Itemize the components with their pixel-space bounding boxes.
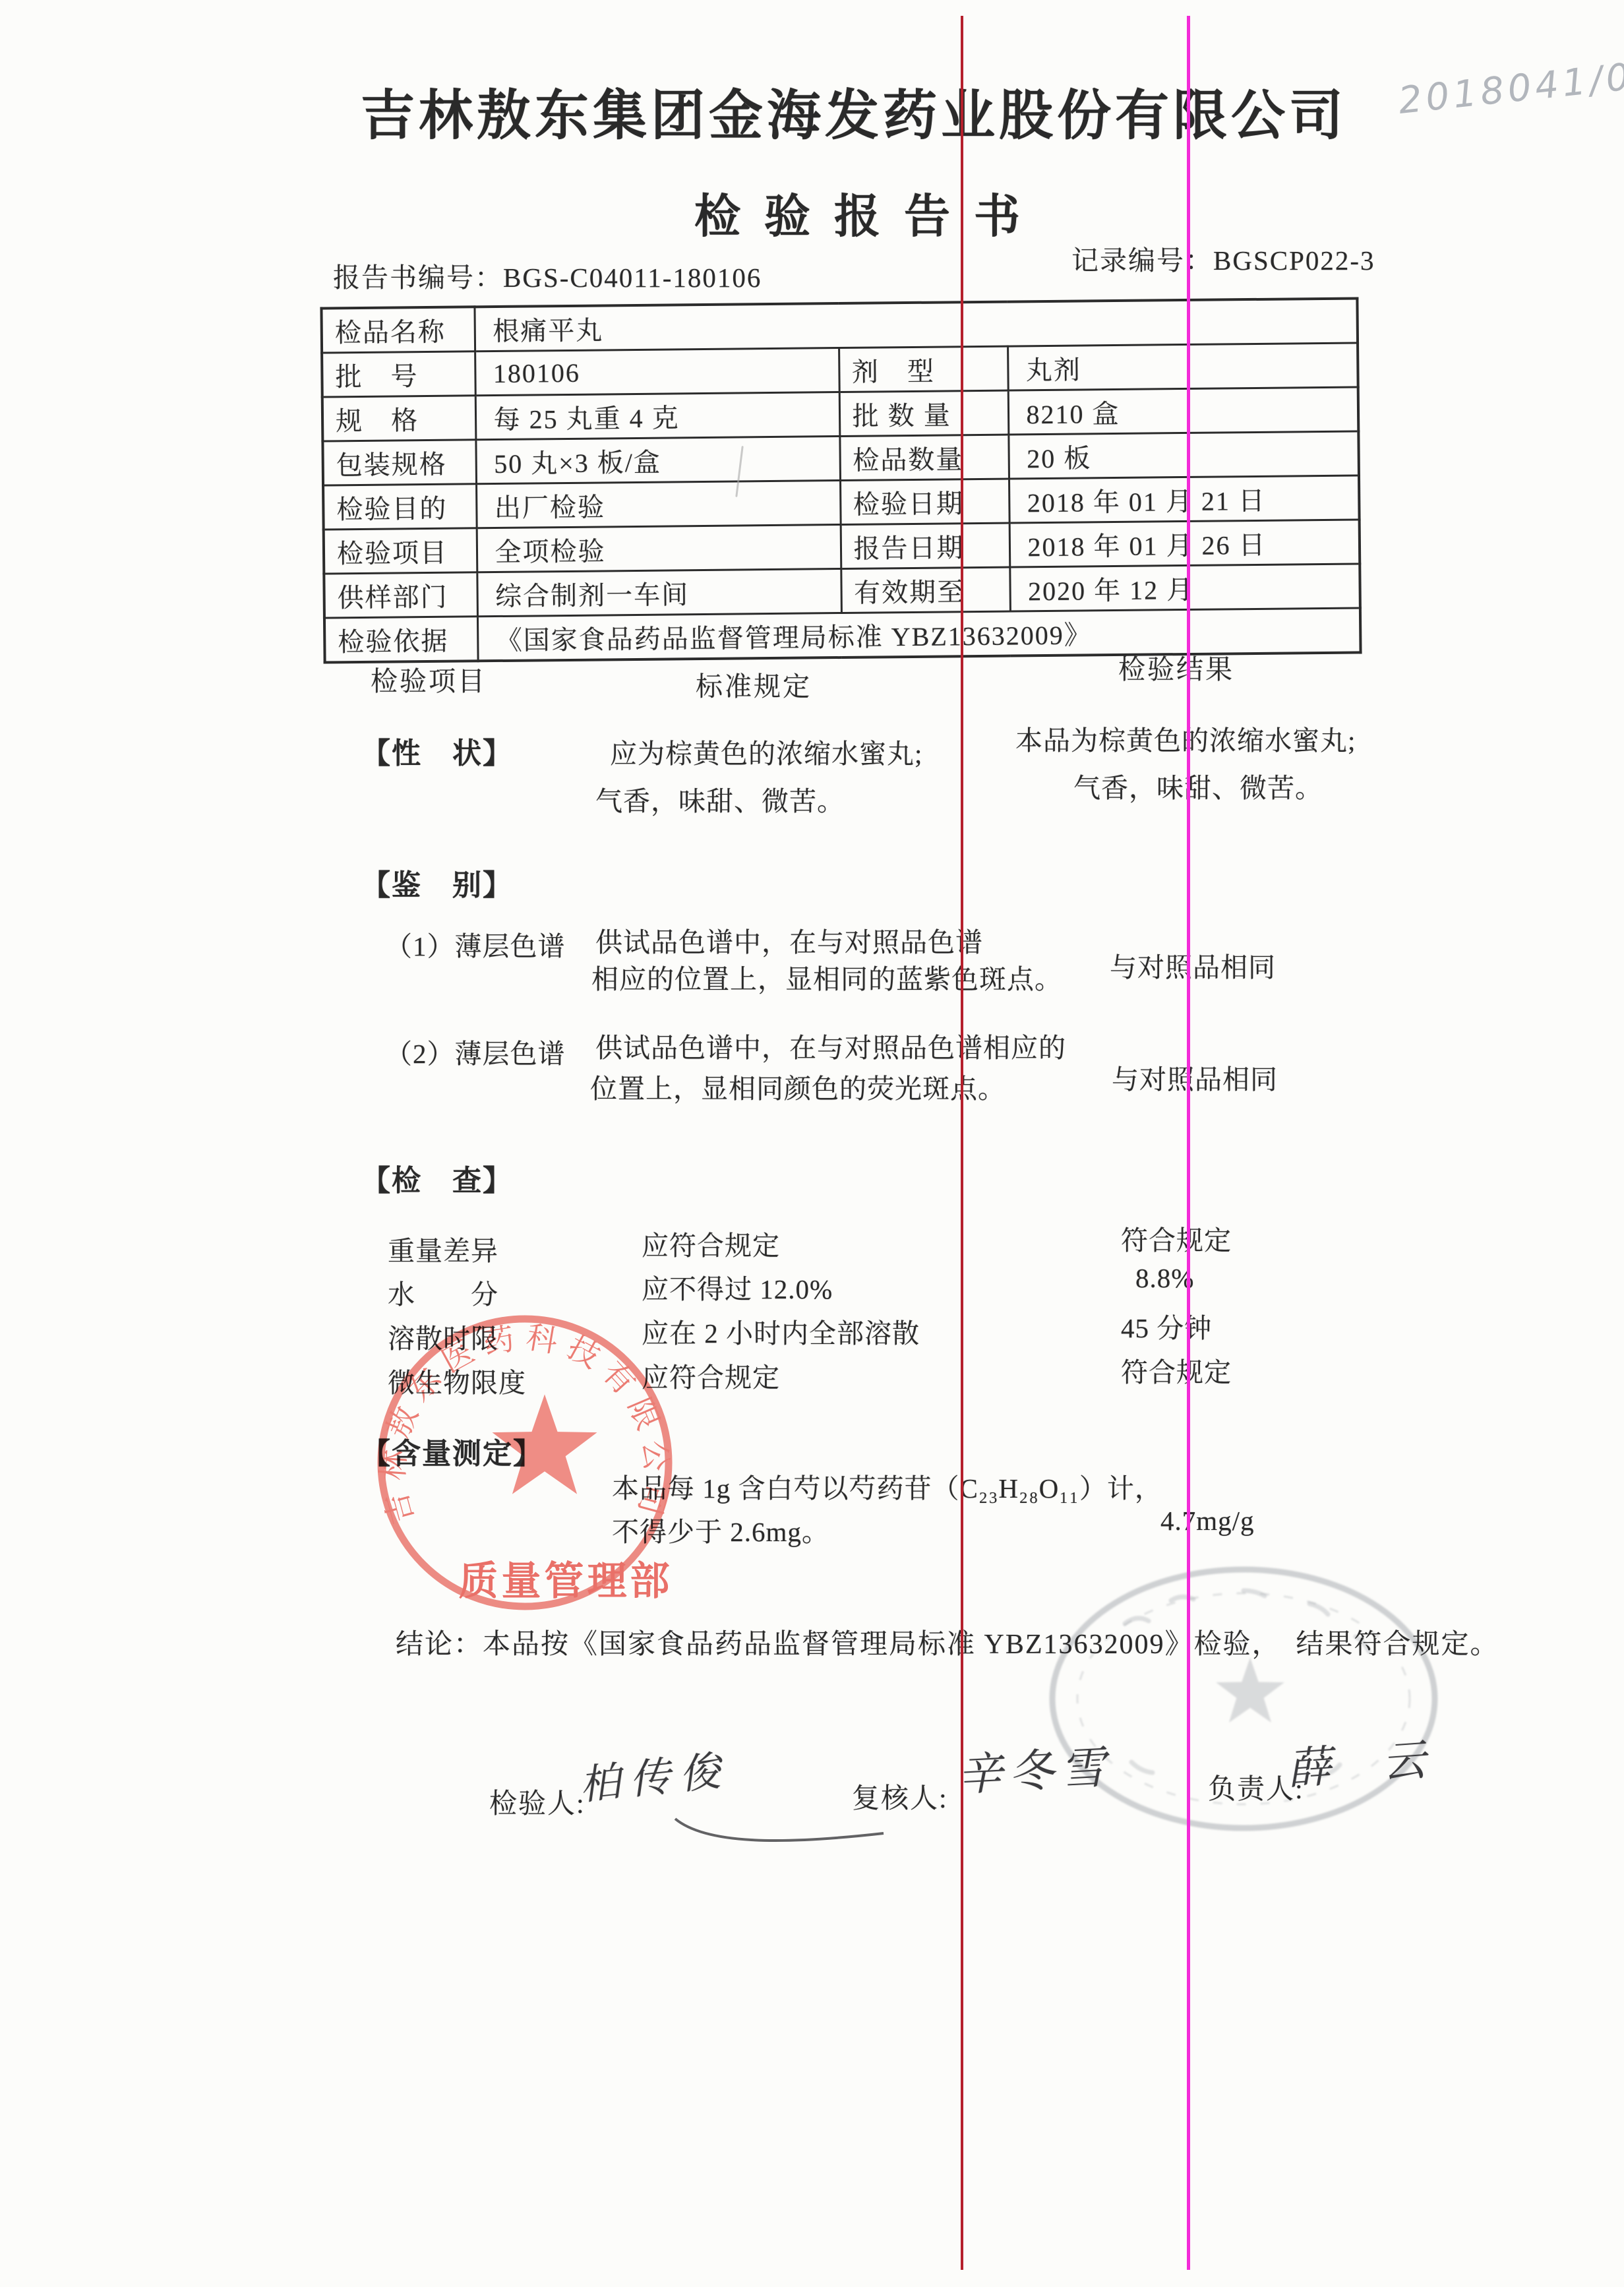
report-number-line: 报告书编号：BGS-C04011-180106 (333, 256, 762, 295)
row-label2: 剂 型 (839, 346, 1008, 392)
row-value2: 2020 年 12 月 (1009, 564, 1360, 611)
svg-text:吉林敖东医药科技有限公司: 吉林敖东医药科技有限公司 (376, 1320, 673, 1527)
row-value: 180106 (475, 348, 839, 396)
row-label: 检品名称 (321, 307, 475, 353)
reviewer-signature: 辛冬雪 (956, 1732, 1114, 1804)
row-value: 全项检验 (477, 525, 841, 572)
document-title: 检验报告书 (694, 179, 1044, 246)
row-value: 出厂检验 (476, 481, 841, 528)
row-label: 检验依据 (324, 617, 478, 663)
identification-1-item: （1）薄层色谱 (385, 925, 566, 963)
identification-2-standard-line1: 供试品色谱中，在与对照品色谱相应的 (595, 1026, 1066, 1065)
appearance-result-line1: 本品为棕黄色的浓缩水蜜丸; (1015, 719, 1356, 758)
row-label: 供样部门 (324, 572, 477, 618)
row-value2: 8210 盒 (1008, 387, 1359, 435)
scan-line-magenta (1187, 16, 1190, 2270)
assay-standard-line1: 本品每 1g 含白芍以芍药苷（C₂₃H₂₈O₁₁）计， (612, 1467, 1162, 1506)
record-number-label: 记录编号： (1071, 245, 1213, 276)
row-label2: 报告日期 (841, 523, 1010, 568)
row-value2: 2018 年 01 月 26 日 (1009, 520, 1360, 567)
record-number-value: BGSCP022-3 (1213, 245, 1375, 276)
row-label: 规 格 (322, 396, 476, 441)
section-inspection-title: 【检 查】 (361, 1157, 513, 1199)
red-stamp-star-icon (492, 1394, 597, 1494)
identification-1-result: 与对照品相同 (1110, 946, 1276, 985)
report-number-value: BGS-C04011-180106 (503, 262, 762, 293)
inspection-row-item: 水 分 (388, 1273, 498, 1312)
gray-stamp-star-icon (1216, 1657, 1284, 1723)
inspection-row-result: 符合规定 (1121, 1219, 1232, 1258)
row-label: 批 号 (322, 351, 475, 397)
red-stamp-ring-text: 吉林敖东医药科技有限公司 (376, 1320, 673, 1527)
red-stamp-bottom-text: 质量管理部 (459, 1560, 673, 1603)
signature-flourish (673, 1815, 890, 1848)
identification-1-standard-line1: 供试品色谱中，在与对照品色谱 (595, 921, 983, 960)
reviewer-label: 复核人: (852, 1777, 948, 1816)
scan-line-red (961, 16, 963, 2270)
red-stamp-graphic: 吉林敖东医药科技有限公司 质量管理部 (375, 1312, 675, 1613)
supervisor-signature: 薛 云 (1285, 1724, 1431, 1797)
handwritten-serial: 2018041/024 (1397, 49, 1624, 123)
row-label2: 检验日期 (840, 479, 1009, 524)
row-label: 检验目的 (323, 484, 477, 530)
inspector-signature: 柏传俊 (576, 1737, 732, 1811)
row-value: 每 25 丸重 4 克 (475, 392, 840, 440)
row-value2: 丸剂 (1007, 343, 1358, 390)
column-header-standard: 标准规定 (696, 665, 812, 704)
appearance-result-line2: 气香，味甜、微苦。 (1073, 766, 1323, 805)
identification-2-result: 与对照品相同 (1112, 1058, 1278, 1097)
section-appearance-title: 【性 状】 (361, 729, 513, 772)
column-header-item: 检验项目 (371, 659, 487, 698)
identification-2-standard-line2: 位置上，显相同颜色的荧光斑点。 (590, 1067, 1006, 1106)
inspection-row-standard: 应符合规定 (642, 1224, 780, 1263)
assay-result: 4.7mg/g (1160, 1505, 1255, 1537)
row-value2: 20 板 (1008, 431, 1359, 479)
row-value: 50 丸×3 板/盒 (475, 437, 840, 484)
company-title: 吉林敖东集团金海发药业股份有限公司 (361, 73, 1347, 150)
inspection-row-result: 45 分钟 (1121, 1306, 1212, 1345)
row-value2: 2018 年 01 月 21 日 (1009, 475, 1360, 523)
row-label: 包装规格 (322, 440, 476, 485)
inspection-row-result: 符合规定 (1121, 1351, 1232, 1389)
section-identification-title: 【鉴 别】 (361, 861, 513, 903)
row-label2: 检品数量 (839, 435, 1009, 480)
row-label2: 批 数 量 (839, 390, 1009, 436)
inspector-label: 检验人: (489, 1782, 586, 1821)
row-label: 检验项目 (324, 528, 477, 574)
row-value: 综合制剂一车间 (477, 569, 841, 617)
report-number-label: 报告书编号： (333, 262, 503, 293)
column-header-result: 检验结果 (1118, 648, 1234, 686)
record-number-line: 记录编号：BGSCP022-3 (1071, 239, 1375, 278)
scanned-inspection-report-page: 2018041/024 吉林敖东集团金海发药业股份有限公司 检验报告书 报告书编… (0, 0, 1624, 2287)
row-value: 根痛平丸 (474, 298, 1358, 351)
inspection-row-item: 重量差异 (388, 1229, 498, 1268)
sample-info-table: 检品名称 根痛平丸 批 号 180106 剂 型 丸剂 规 格 每 25 丸重 … (320, 297, 1362, 663)
red-quality-stamp: 吉林敖东医药科技有限公司 质量管理部 (375, 1312, 675, 1613)
inspection-row-result: 8.8% (1135, 1262, 1194, 1294)
identification-2-item: （2）薄层色谱 (385, 1032, 566, 1071)
appearance-standard-line1: 应为棕黄色的浓缩水蜜丸; (610, 732, 922, 771)
appearance-standard-line2: 气香，味甜、微苦。 (595, 779, 845, 818)
identification-1-standard-line2: 相应的位置上，显相同的蓝紫色斑点。 (591, 958, 1062, 996)
row-label2: 有效期至 (841, 567, 1010, 613)
inspection-row-standard: 应不得过 12.0% (642, 1267, 833, 1306)
inspection-row-standard: 应在 2 小时内全部溶散 (642, 1312, 920, 1351)
